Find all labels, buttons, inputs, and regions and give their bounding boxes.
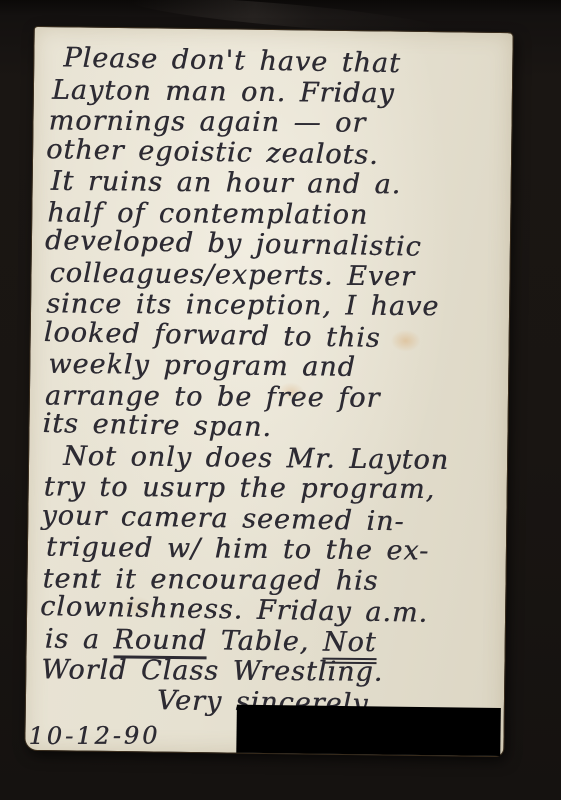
scanned-note-page: Please don't have that Layton man on. Fr… <box>0 0 561 800</box>
underlined-word: Round <box>113 624 207 659</box>
note-line-fragment: Table, <box>207 625 323 657</box>
note-paper: Please don't have that Layton man on. Fr… <box>25 27 512 756</box>
redaction-box <box>236 705 501 756</box>
date-annotation: 10-12-90 <box>28 721 160 750</box>
handwritten-note-text: Please don't have that Layton man on. Fr… <box>38 44 505 721</box>
note-line: trigued w/ him to the ex- <box>46 533 504 568</box>
note-line-fragment: is a <box>45 623 114 655</box>
note-line: weekly program and <box>48 350 506 385</box>
note-line: It ruins an hour and a. <box>51 167 509 202</box>
note-line: World Class Wrestling. <box>41 655 499 689</box>
